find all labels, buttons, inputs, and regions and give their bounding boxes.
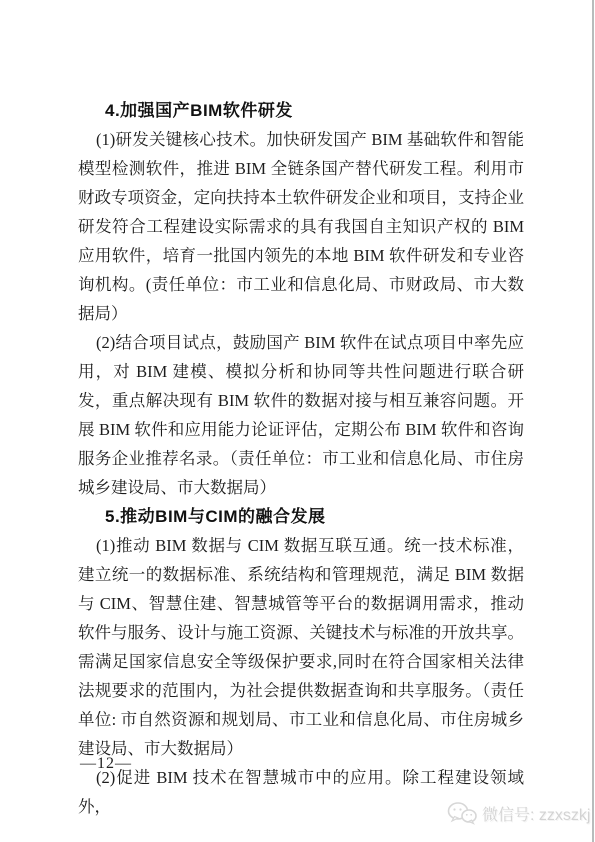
section-5-heading: 5.推动BIM与CIM的融合发展 xyxy=(78,502,524,531)
section-5: 5.推动BIM与CIM的融合发展 (1)推动 BIM 数据与 CIM 数据互联互… xyxy=(78,502,524,821)
section-5-paragraph-1: (1)推动 BIM 数据与 CIM 数据互联互通。统一技术标准，建立统一的数据标… xyxy=(78,531,524,763)
document-body: 4.加强国产BIM软件研发 (1)研发关键核心技术。加快研发国产 BIM 基础软… xyxy=(78,96,524,821)
watermark-text: 微信号: zzxszkj xyxy=(482,802,590,825)
document-page: { "document": { "sections": [ { "heading… xyxy=(0,0,595,842)
watermark: 微信号: zzxszkj xyxy=(447,801,590,825)
section-4-paragraph-1: (1)研发关键核心技术。加快研发国产 BIM 基础软件和智能模型检测软件，推进 … xyxy=(78,125,524,328)
wechat-icon xyxy=(447,801,477,825)
page-right-border xyxy=(592,0,594,842)
section-4: 4.加强国产BIM软件研发 (1)研发关键核心技术。加快研发国产 BIM 基础软… xyxy=(78,96,524,502)
section-4-paragraph-2: (2)结合项目试点，鼓励国产 BIM 软件在试点项目中率先应用，对 BIM 建模… xyxy=(78,328,524,502)
page-number: —12— xyxy=(80,755,132,773)
section-4-heading: 4.加强国产BIM软件研发 xyxy=(78,96,524,125)
